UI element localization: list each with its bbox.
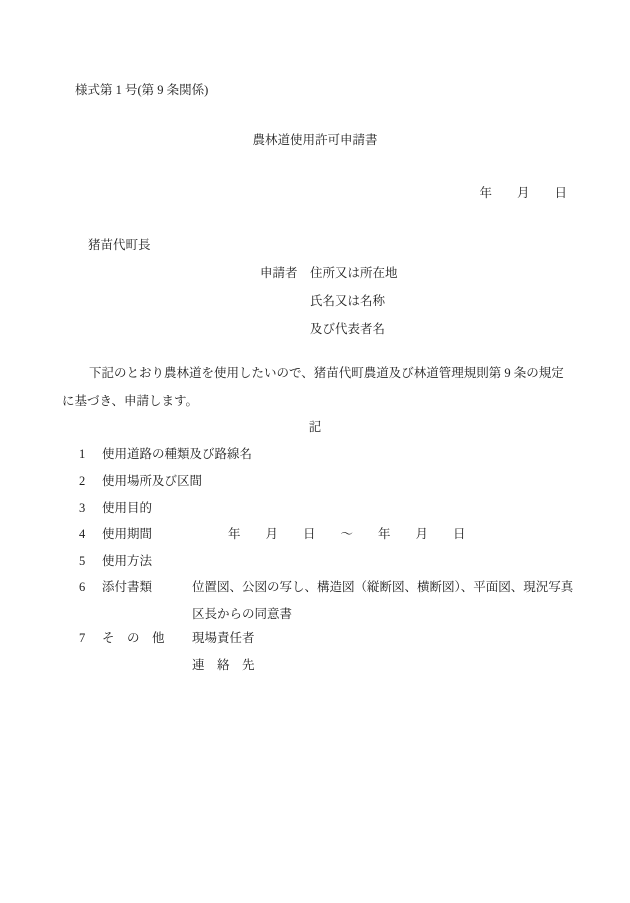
item-label: 添付書類 [102,578,152,596]
applicant-address-line: 住所又は所在地 [310,264,398,282]
contact-label: 連 絡 先 [192,656,255,674]
list-item-purpose: 3 使用目的 [0,499,630,519]
item-label: そ の 他 [102,629,165,647]
date-line: 年 月 日 [479,184,567,202]
item-number: 1 [79,445,85,463]
document-title: 農林道使用許可申請書 [0,131,630,149]
item-label: 使用期間 [102,525,152,543]
list-item-usage-period: 4 使用期間 年 月 日 ～ 年 月 日 [0,525,630,545]
item-number: 3 [79,499,85,517]
item-label: 使用方法 [102,552,152,570]
item-number: 2 [79,472,85,490]
item-number: 4 [79,525,85,543]
body-paragraph-line-2: に基づき、申請します。 [62,392,198,410]
document-page: 様式第 1 号(第 9 条関係) 農林道使用許可申請書 年 月 日 猪苗代町長 … [0,0,630,903]
list-item-location: 2 使用場所及び区間 [0,472,630,492]
item-number: 5 [79,552,85,570]
applicant-representative-line: 及び代表者名 [310,320,385,338]
site-manager-label: 現場責任者 [192,629,255,647]
form-number: 様式第 1 号(第 9 条関係) [75,81,208,99]
item-number: 7 [79,629,85,647]
item-label: 使用道路の種類及び路線名 [102,445,252,463]
item-label: 使用目的 [102,499,152,517]
applicant-name-line: 氏名又は名称 [310,292,385,310]
list-item-road-type: 1 使用道路の種類及び路線名 [0,445,630,465]
attachments-list-line-2: 区長からの同意書 [192,605,292,623]
addressee: 猪苗代町長 [88,236,151,254]
usage-period-date-line: 年 月 日 ～ 年 月 日 [228,525,466,543]
list-item-other: 7 そ の 他 現場責任者 [0,629,630,649]
body-paragraph-line-1: 下記のとおり農林道を使用したいので、猪苗代町農道及び林道管理規則第 9 条の規定 [89,364,564,382]
item-number: 6 [79,578,85,596]
applicant-label: 申請者 [260,264,298,282]
attachments-list: 位置図、公図の写し、構造図（縦断図、横断図）、平面図、現況写真 [192,578,573,596]
list-heading: 記 [0,418,630,436]
list-item-attachments: 6 添付書類 位置図、公図の写し、構造図（縦断図、横断図）、平面図、現況写真 [0,578,630,598]
item-label: 使用場所及び区間 [102,472,202,490]
list-item-usage-method: 5 使用方法 [0,552,630,572]
